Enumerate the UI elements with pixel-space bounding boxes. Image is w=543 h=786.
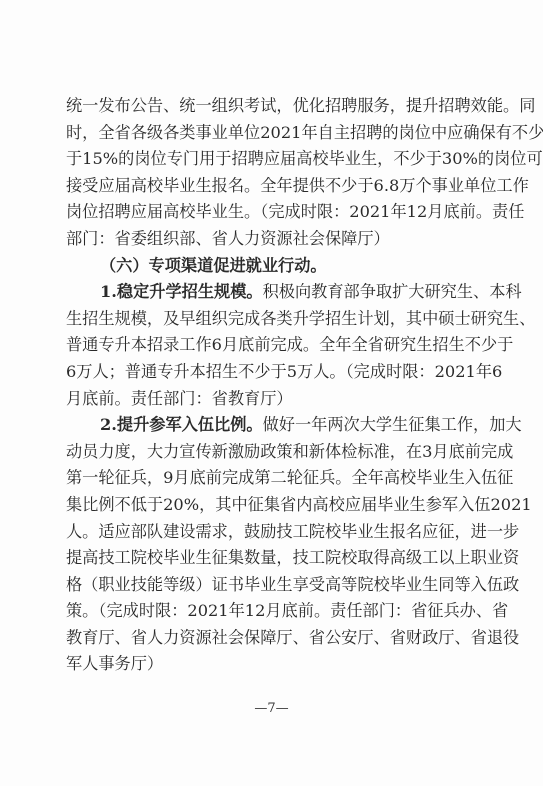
- item2-title: 2.提升参军入伍比例。: [100, 415, 263, 434]
- paragraph-line: 月底前。责任部门：省教育厅）: [66, 386, 479, 413]
- item1-text: 积极向教育部争取扩大研究生、本科: [263, 282, 522, 301]
- item2-first-line: 2.提升参军入伍比例。做好一年两次大学生征集工作，加大: [66, 412, 479, 439]
- paragraph-line: 时，全省各级各类事业单位2021年自主招聘的岗位中应确保有不少: [66, 120, 479, 147]
- paragraph-line: 教育厅、省人力资源社会保障厅、省公安厅、省财政厅、省退役: [66, 625, 479, 652]
- paragraph-line: 6万人；普通专升本招生不少于5万人。（完成时限：2021年6: [66, 359, 479, 386]
- paragraph-line: 策。（完成时限：2021年12月底前。责任部门：省征兵办、省: [66, 598, 479, 625]
- paragraph-line: 格（职业技能等级）证书毕业生享受高等院校毕业生同等入伍政: [66, 572, 479, 599]
- paragraph-line: 提高技工院校毕业生征集数量，技工院校取得高级工以上职业资: [66, 545, 479, 572]
- paragraph-line: 军人事务厅）: [66, 651, 479, 678]
- paragraph-line: 第一轮征兵，9月底前完成第二轮征兵。全年高校毕业生入伍征: [66, 465, 479, 492]
- item1-first-line: 1.稳定升学招生规模。积极向教育部争取扩大研究生、本科: [66, 279, 479, 306]
- paragraph-line: 接受应届高校毕业生报名。全年提供不少于6.8万个事业单位工作: [66, 173, 479, 200]
- page-number: —7—: [0, 701, 543, 716]
- paragraph-line: 普通专升本招录工作6月底前完成。全年全省研究生招生不少于: [66, 332, 479, 359]
- item2-text: 做好一年两次大学生征集工作，加大: [263, 415, 522, 434]
- paragraph-line: 部门：省委组织部、省人力资源社会保障厅）: [66, 226, 479, 253]
- paragraph-line: 动员力度，大力宣传新激励政策和新体检标准，在3月底前完成: [66, 439, 479, 466]
- paragraph-line: 人。适应部队建设需求，鼓励技工院校毕业生报名应征，进一步: [66, 519, 479, 546]
- paragraph-line: 生招生规模，及早组织完成各类升学招生计划，其中硕士研究生、: [66, 306, 479, 333]
- item1-title: 1.稳定升学招生规模。: [100, 282, 263, 301]
- paragraph-line: 统一发布公告、统一组织考试，优化招聘服务，提升招聘效能。同: [66, 93, 479, 120]
- document-body: 统一发布公告、统一组织考试，优化招聘服务，提升招聘效能。同 时，全省各级各类事业…: [66, 93, 479, 678]
- paragraph-line: 集比例不低于20%，其中征集省内高校应届毕业生参军入伍2021: [66, 492, 479, 519]
- paragraph-line: 岗位招聘应届高校毕业生。（完成时限：2021年12月底前。责任: [66, 199, 479, 226]
- paragraph-line: 于15%的岗位专门用于招聘应届高校毕业生，不少于30%的岗位可: [66, 146, 479, 173]
- section-heading: （六）专项渠道促进就业行动。: [66, 253, 479, 280]
